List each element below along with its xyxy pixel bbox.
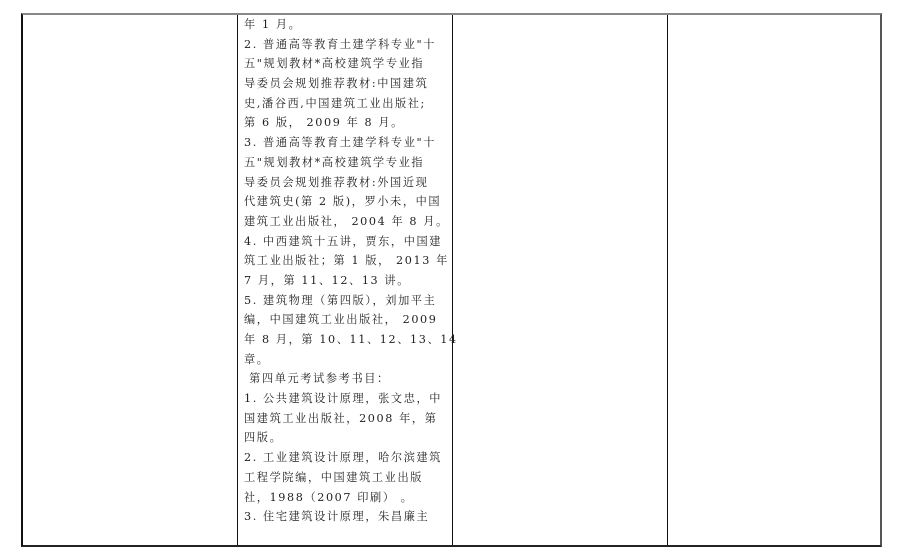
- text-line: 编，中国建筑工业出版社， 2009: [244, 310, 448, 330]
- text-line: 工程学院编，中国建筑工业出版: [244, 468, 448, 488]
- text-line: 年 8 月，第 10、11、12、13、14: [244, 330, 448, 350]
- text-line: 1. 公共建筑设计原理，张文忠，中: [244, 389, 448, 409]
- text-line: 筑工业出版社；第 1 版， 2013 年: [244, 251, 448, 271]
- table-cell-col3: [453, 15, 668, 545]
- text-line: 代建筑史(第 2 版)，罗小未，中国: [244, 192, 448, 212]
- text-line: 社，1988（2007 印刷） 。: [244, 488, 448, 508]
- text-line: 导委员会规划推荐教材:外国近现: [244, 173, 448, 193]
- text-line: 国建筑工业出版社，2008 年，第: [244, 409, 448, 429]
- text-line: 五"规划教材*高校建筑学专业指: [244, 54, 448, 74]
- text-line: 导委员会规划推荐教材:中国建筑: [244, 74, 448, 94]
- section-heading: 第四单元考试参考书目：: [244, 369, 448, 389]
- text-line: 建筑工业出版社， 2004 年 8 月。: [244, 212, 448, 232]
- reference-list: 年 1 月。 2. 普通高等教育土建学科专业"十 五"规划教材*高校建筑学专业指…: [238, 15, 452, 527]
- text-line: 章。: [244, 350, 448, 370]
- text-line: 2. 工业建筑设计原理，哈尔滨建筑: [244, 448, 448, 468]
- text-line: 3. 住宅建筑设计原理，朱昌廉主: [244, 507, 448, 527]
- text-line: 五"规划教材*高校建筑学专业指: [244, 153, 448, 173]
- text-line: 四版。: [244, 428, 448, 448]
- text-line: 年 1 月。: [244, 15, 448, 35]
- text-line: 5. 建筑物理（第四版），刘加平主: [244, 291, 448, 311]
- table-cell-col4: [668, 15, 880, 545]
- text-line: 第 6 版， 2009 年 8 月。: [244, 113, 448, 133]
- text-line: 3. 普通高等教育土建学科专业"十: [244, 133, 448, 153]
- text-line: 7 月，第 11、12、13 讲。: [244, 271, 448, 291]
- text-line: 2. 普通高等教育土建学科专业"十: [244, 35, 448, 55]
- table-cell-col1: [23, 15, 238, 545]
- text-line: 4. 中西建筑十五讲，贾东，中国建: [244, 232, 448, 252]
- table-cell-references: 年 1 月。 2. 普通高等教育土建学科专业"十 五"规划教材*高校建筑学专业指…: [238, 15, 453, 545]
- document-table: 年 1 月。 2. 普通高等教育土建学科专业"十 五"规划教材*高校建筑学专业指…: [21, 13, 882, 547]
- text-line: 史,潘谷西,中国建筑工业出版社;: [244, 94, 448, 114]
